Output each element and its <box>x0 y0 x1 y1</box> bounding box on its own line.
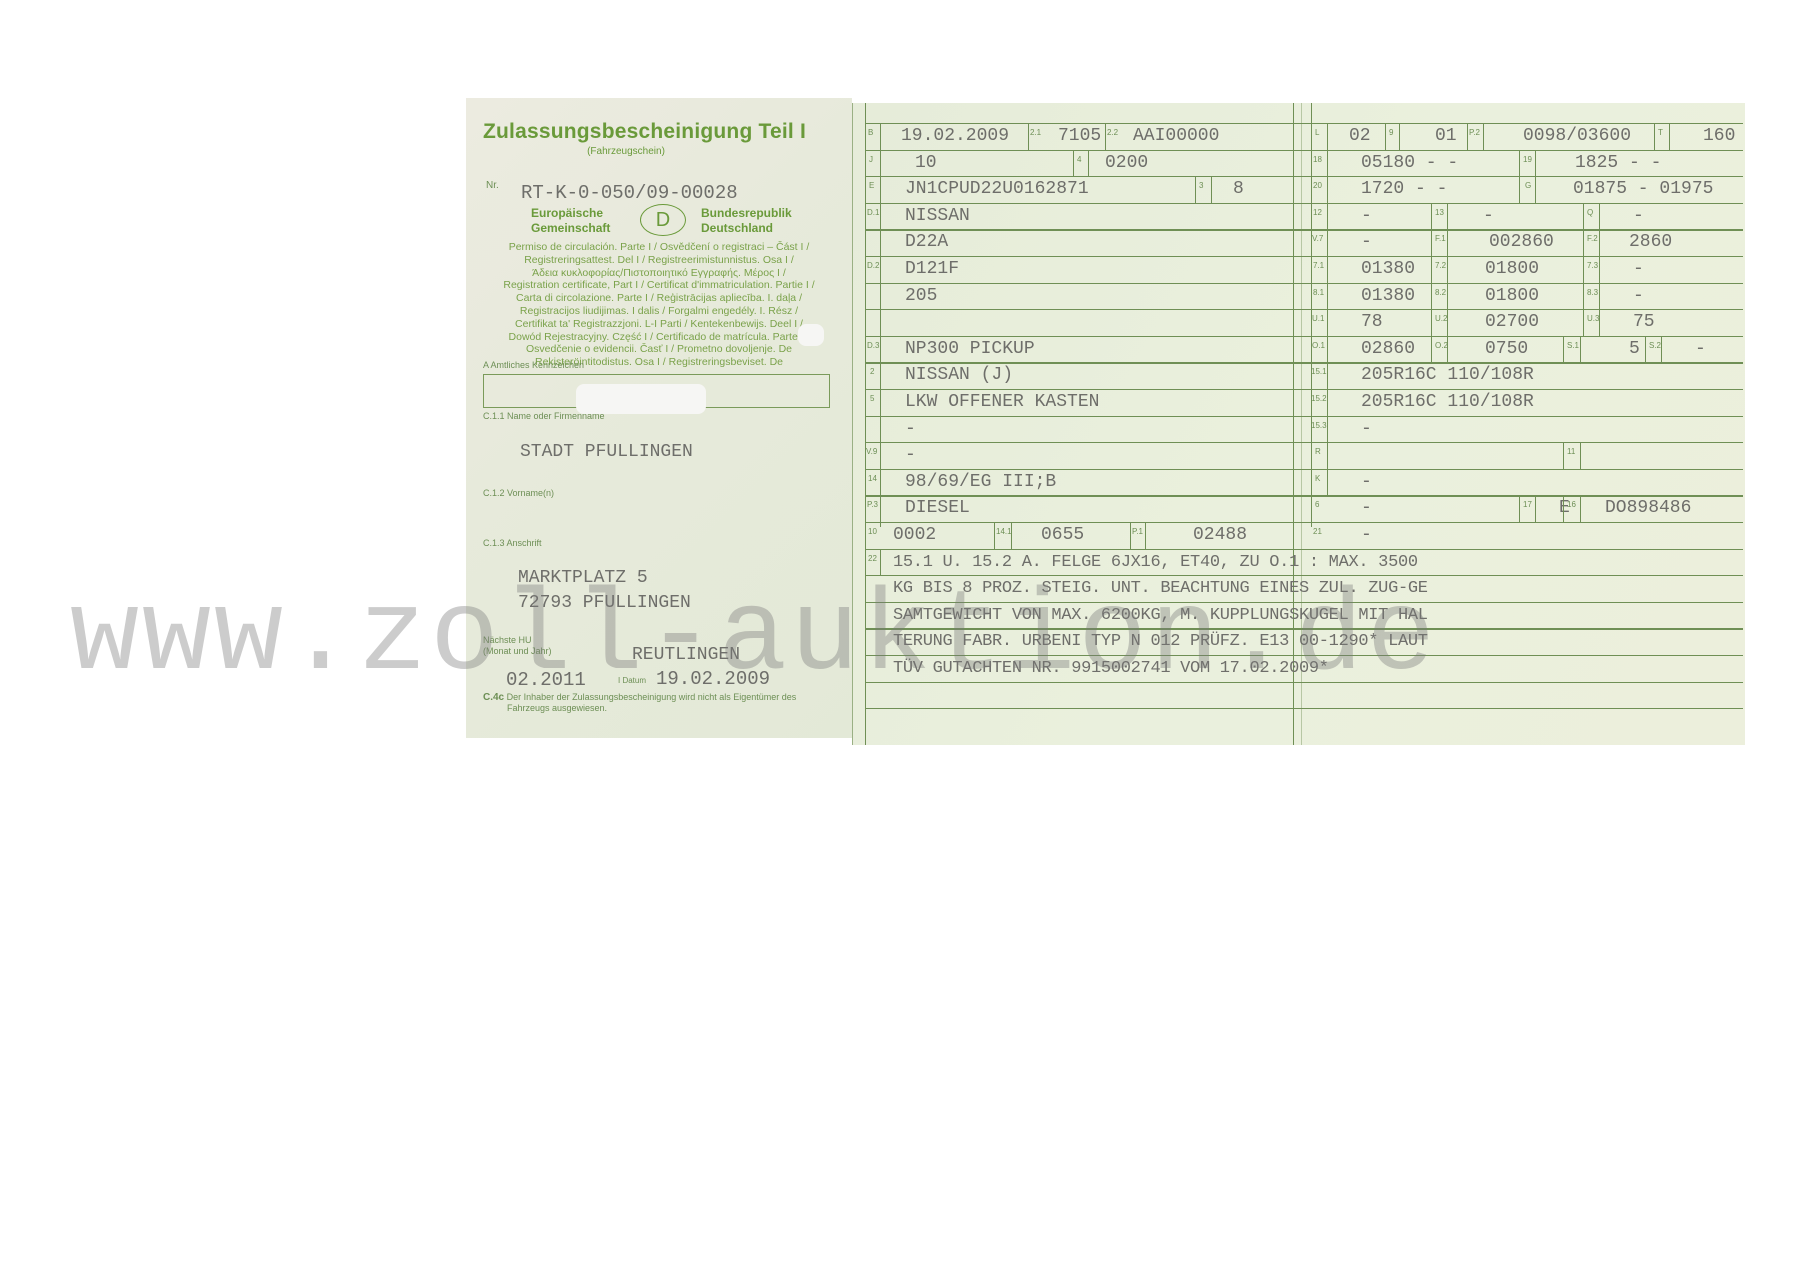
field-code: P.1 <box>1132 527 1143 536</box>
grid-hline <box>865 442 1743 443</box>
multilingual-line: Osvedčenie o evidencii. Časť I / Prometn… <box>476 343 842 356</box>
noise-driving: 75 <box>1633 312 1655 332</box>
axle-load-3: - <box>1633 259 1644 279</box>
grid-vline <box>1211 176 1212 203</box>
field-code: J <box>869 155 873 164</box>
grid-vline <box>880 123 881 527</box>
de-line-1: Bundesrepublik <box>701 206 792 221</box>
grid-hline <box>865 522 1743 523</box>
document-subtitle: (Fahrzeugschein) <box>466 146 786 157</box>
trailer-load-braked: 02860 <box>1361 339 1415 359</box>
grid-hline <box>865 469 1743 470</box>
field-code: 17 <box>1523 500 1532 509</box>
field-code: 8.3 <box>1587 288 1598 297</box>
driven-axles: 01 <box>1435 126 1457 146</box>
field-code: 15.1 <box>1311 367 1327 376</box>
multilingual-line: Carta di circolazione. Parte I / Reģistr… <box>476 292 842 305</box>
grid-vline <box>1011 522 1012 549</box>
field-code: 11 <box>1567 447 1575 456</box>
make: NISSAN <box>905 206 970 226</box>
remarks-line: 15.1 U. 15.2 A. FELGE 6JX16, ET40, ZU O.… <box>893 553 1418 572</box>
noise-rpm: 02700 <box>1485 312 1539 332</box>
grid-vline <box>1073 150 1074 177</box>
grid-vline <box>1645 336 1646 363</box>
height: 1720 - - <box>1361 179 1447 199</box>
field-code: 2 <box>870 367 874 376</box>
grid-vline <box>1145 522 1146 549</box>
grid-vline <box>1431 336 1432 363</box>
eu-line-1: Europäische <box>531 206 610 221</box>
multilingual-line: Registreringsattest. Del I / Registreeri… <box>476 254 842 267</box>
trade-name: NP300 PICKUP <box>905 339 1035 359</box>
plate-label: A Amtliches Kennzeichen <box>483 360 584 370</box>
field-code: U.2 <box>1435 314 1447 323</box>
standing-places: - <box>1695 339 1706 359</box>
field-code: U.3 <box>1587 314 1599 323</box>
grid-vline <box>1028 123 1029 150</box>
power-weight-ratio: - <box>1633 206 1644 226</box>
field-code: F.2 <box>1587 234 1598 243</box>
field-code: 7.3 <box>1587 261 1598 270</box>
field-code: T <box>1658 128 1663 137</box>
field-code: P.3 <box>867 500 878 509</box>
multilingual-line: Registration certificate, Part I / Certi… <box>476 279 842 292</box>
grid-hline <box>865 309 1743 310</box>
de-line-2: Deutschland <box>701 221 792 236</box>
grid-vline <box>1088 150 1089 177</box>
field-code: K <box>1315 474 1320 483</box>
body-type-code: 0200 <box>1105 153 1148 173</box>
manufacturer-code: 7105 <box>1058 126 1101 146</box>
document-title: Zulassungsbescheinigung Teil I <box>483 120 806 144</box>
field-code: 2.2 <box>1107 128 1118 137</box>
date-field-6: - <box>1361 498 1372 518</box>
grid-vline <box>1483 123 1484 150</box>
eu-label: Europäische Gemeinschaft <box>531 206 610 236</box>
field-code: 2.1 <box>1030 128 1041 137</box>
grid-hline <box>865 229 1743 230</box>
grid-hline <box>865 150 1743 151</box>
plate-redaction <box>576 384 706 414</box>
grid-hline <box>865 203 1743 204</box>
tires-axle-1: 205R16C 110/108R <box>1361 365 1534 385</box>
grid-vline <box>1105 123 1106 150</box>
grid-vline <box>1467 123 1468 150</box>
vehicle-class-body-2: - <box>905 419 916 439</box>
field-code: B <box>868 128 873 137</box>
max-mass-permissible: 2860 <box>1629 232 1672 252</box>
field-code: G <box>1525 181 1531 190</box>
grid-hline <box>865 495 1743 496</box>
first-registration-date: 19.02.2009 <box>901 126 1009 146</box>
empty-mass: 01875 - 01975 <box>1573 179 1713 199</box>
grid-vline <box>1399 123 1400 150</box>
grid-vline <box>1583 203 1584 336</box>
grid-hline <box>865 336 1743 337</box>
grid-vline <box>1519 150 1520 203</box>
zb2-number: DO898486 <box>1605 498 1691 518</box>
length: 05180 - - <box>1361 153 1458 173</box>
remarks-code: 22 <box>868 554 877 563</box>
power-rpm: 0098/03600 <box>1523 126 1631 146</box>
grid-vline <box>1654 123 1655 150</box>
grid-vline <box>1130 522 1131 549</box>
field-code: R <box>1315 447 1321 456</box>
vehicle-class-body: LKW OFFENER KASTEN <box>905 392 1099 412</box>
note-line-2: Fahrzeugs ausgewiesen. <box>483 703 607 713</box>
grid-vline <box>1563 336 1564 363</box>
field-code: 9 <box>1389 128 1393 137</box>
axle-load-perm-3: - <box>1633 286 1644 306</box>
grid-hline <box>865 123 1743 124</box>
nr-label: Nr. <box>486 180 499 191</box>
axle-load-2: 01800 <box>1485 259 1539 279</box>
field-code: U.1 <box>1312 314 1324 323</box>
field-code: L <box>1315 128 1319 137</box>
field-code: 14 <box>868 474 877 483</box>
redaction-mark <box>798 324 824 346</box>
displacement: 02488 <box>1193 525 1247 545</box>
top-speed: 160 <box>1703 126 1735 146</box>
germany-label: Bundesrepublik Deutschland <box>701 206 792 236</box>
multilingual-line: Άδεια κυκλοφορίας/Πιστοποιητικό Εγγραφής… <box>476 267 842 280</box>
field-code: D.2 <box>867 261 879 270</box>
grid-hline <box>865 708 1743 709</box>
grid-hline <box>865 549 1743 550</box>
field-code: S.1 <box>1567 341 1579 350</box>
axle-load-1: 01380 <box>1361 259 1415 279</box>
country-code-oval-icon: D <box>640 204 686 236</box>
width: 1825 - - <box>1575 153 1661 173</box>
field-21: - <box>1361 525 1372 545</box>
document-number: RT-K-0-050/09-00028 <box>521 182 738 204</box>
emission-code-14-1: 0655 <box>1041 525 1084 545</box>
grid-vline <box>1519 495 1520 522</box>
field-code: D.3 <box>867 341 879 350</box>
grid-vline <box>1535 495 1536 522</box>
axles: 02 <box>1349 126 1371 146</box>
field-code: S.2 <box>1649 341 1661 350</box>
eu-line-2: Gemeinschaft <box>531 221 610 236</box>
address-label: C.1.3 Anschrift <box>483 538 542 548</box>
field-code: 8.2 <box>1435 288 1446 297</box>
field-code: V.7 <box>1312 234 1323 243</box>
field-code: 12 <box>1313 208 1322 217</box>
field-code: 3 <box>1199 181 1203 190</box>
field-13: - <box>1483 206 1494 226</box>
field-code: 15.3 <box>1311 421 1327 430</box>
grid-hline <box>865 416 1743 417</box>
grid-vline <box>1563 495 1564 522</box>
field-code: 4 <box>1077 155 1081 164</box>
grid-vline <box>1535 150 1536 203</box>
field-12: - <box>1361 206 1372 226</box>
tires-axle-3: - <box>1361 419 1372 439</box>
grid-hline <box>865 256 1743 257</box>
field-code: 7.1 <box>1313 261 1324 270</box>
field-code: E <box>869 181 874 190</box>
field-code: 19 <box>1523 155 1532 164</box>
multilingual-line: Dowód Rejestracyjny. Część I / Certifica… <box>476 331 842 344</box>
grid-vline <box>1580 336 1581 363</box>
max-mass-technical: 002860 <box>1489 232 1554 252</box>
field-code: P.2 <box>1469 128 1480 137</box>
multilingual-title-block: Permiso de circulación. Parte I / Osvědč… <box>476 241 842 369</box>
type-variant-version: D22A <box>905 232 948 252</box>
type-approval-number: - <box>1361 472 1372 492</box>
grid-vline <box>1385 123 1386 150</box>
co2: - <box>1361 232 1372 252</box>
grid-vline <box>1563 442 1564 469</box>
field-code: 6 <box>1315 500 1319 509</box>
grid-hline <box>865 389 1743 390</box>
vin: JN1CPUD22U0162871 <box>905 179 1089 199</box>
grid-hline <box>865 362 1743 363</box>
grid-vline <box>1447 336 1448 363</box>
field-code: 10 <box>868 527 877 536</box>
field-code: O.2 <box>1435 341 1448 350</box>
grid-vline <box>1669 123 1670 150</box>
field-code: 15.2 <box>1311 394 1327 403</box>
field-code: O.1 <box>1312 341 1325 350</box>
grid-vline <box>1431 203 1432 336</box>
type-code: AAI00000 <box>1133 126 1219 146</box>
name-label: C.1.1 Name oder Firmenname <box>483 411 605 421</box>
type-variant-version: 205 <box>905 286 937 306</box>
field-code: 21 <box>1313 527 1322 536</box>
axle-load-perm-1: 01380 <box>1361 286 1415 306</box>
seats: 5 <box>1629 339 1640 359</box>
field-code: D.1 <box>867 208 879 217</box>
firstname-label: C.1.2 Vorname(n) <box>483 488 554 498</box>
watermark: www.zoll-auktion.de <box>70 580 1438 695</box>
fuel-type: DIESEL <box>905 498 970 518</box>
manufacturer-name: NISSAN (J) <box>905 365 1013 385</box>
grid-vline <box>1580 442 1581 469</box>
field-code: 8.1 <box>1313 288 1324 297</box>
emission-directive: 98/69/EG III;B <box>905 472 1056 492</box>
multilingual-line: Permiso de circulación. Parte I / Osvědč… <box>476 241 842 254</box>
grid-vline <box>1661 336 1662 363</box>
noise-stationary: 78 <box>1361 312 1383 332</box>
axle-load-perm-2: 01800 <box>1485 286 1539 306</box>
field-code: 7.2 <box>1435 261 1446 270</box>
grid-vline <box>994 522 995 549</box>
field-code: V.9 <box>866 447 877 456</box>
owner-name: STADT PFULLINGEN <box>520 442 693 462</box>
field-code: 20 <box>1313 181 1322 190</box>
multilingual-line: Certifikat ta' Registrazzjoni. L-I Parti… <box>476 318 842 331</box>
field-code: 14.1 <box>996 527 1012 536</box>
grid-vline <box>1580 495 1581 522</box>
grid-hline <box>865 176 1743 177</box>
grid-hline <box>865 283 1743 284</box>
field-code: 18 <box>1313 155 1322 164</box>
trailer-load-unbraked: 0750 <box>1485 339 1528 359</box>
grid-vline <box>1195 176 1196 203</box>
emission-class-v9: - <box>905 445 916 465</box>
field-code: 13 <box>1435 208 1444 217</box>
type-variant-version: D121F <box>905 259 959 279</box>
field-code: F.1 <box>1435 234 1446 243</box>
tires-axle-2: 205R16C 110/108R <box>1361 392 1534 412</box>
field-code: Q <box>1587 208 1593 217</box>
field-code: 16 <box>1567 500 1576 509</box>
emission-code-10: 0002 <box>893 525 936 545</box>
field-code: 5 <box>870 394 874 403</box>
vehicle-class: 10 <box>915 153 937 173</box>
multilingual-line: Registracijos liudijimas. I dalis / Forg… <box>476 305 842 318</box>
check-digit: 8 <box>1233 179 1244 199</box>
